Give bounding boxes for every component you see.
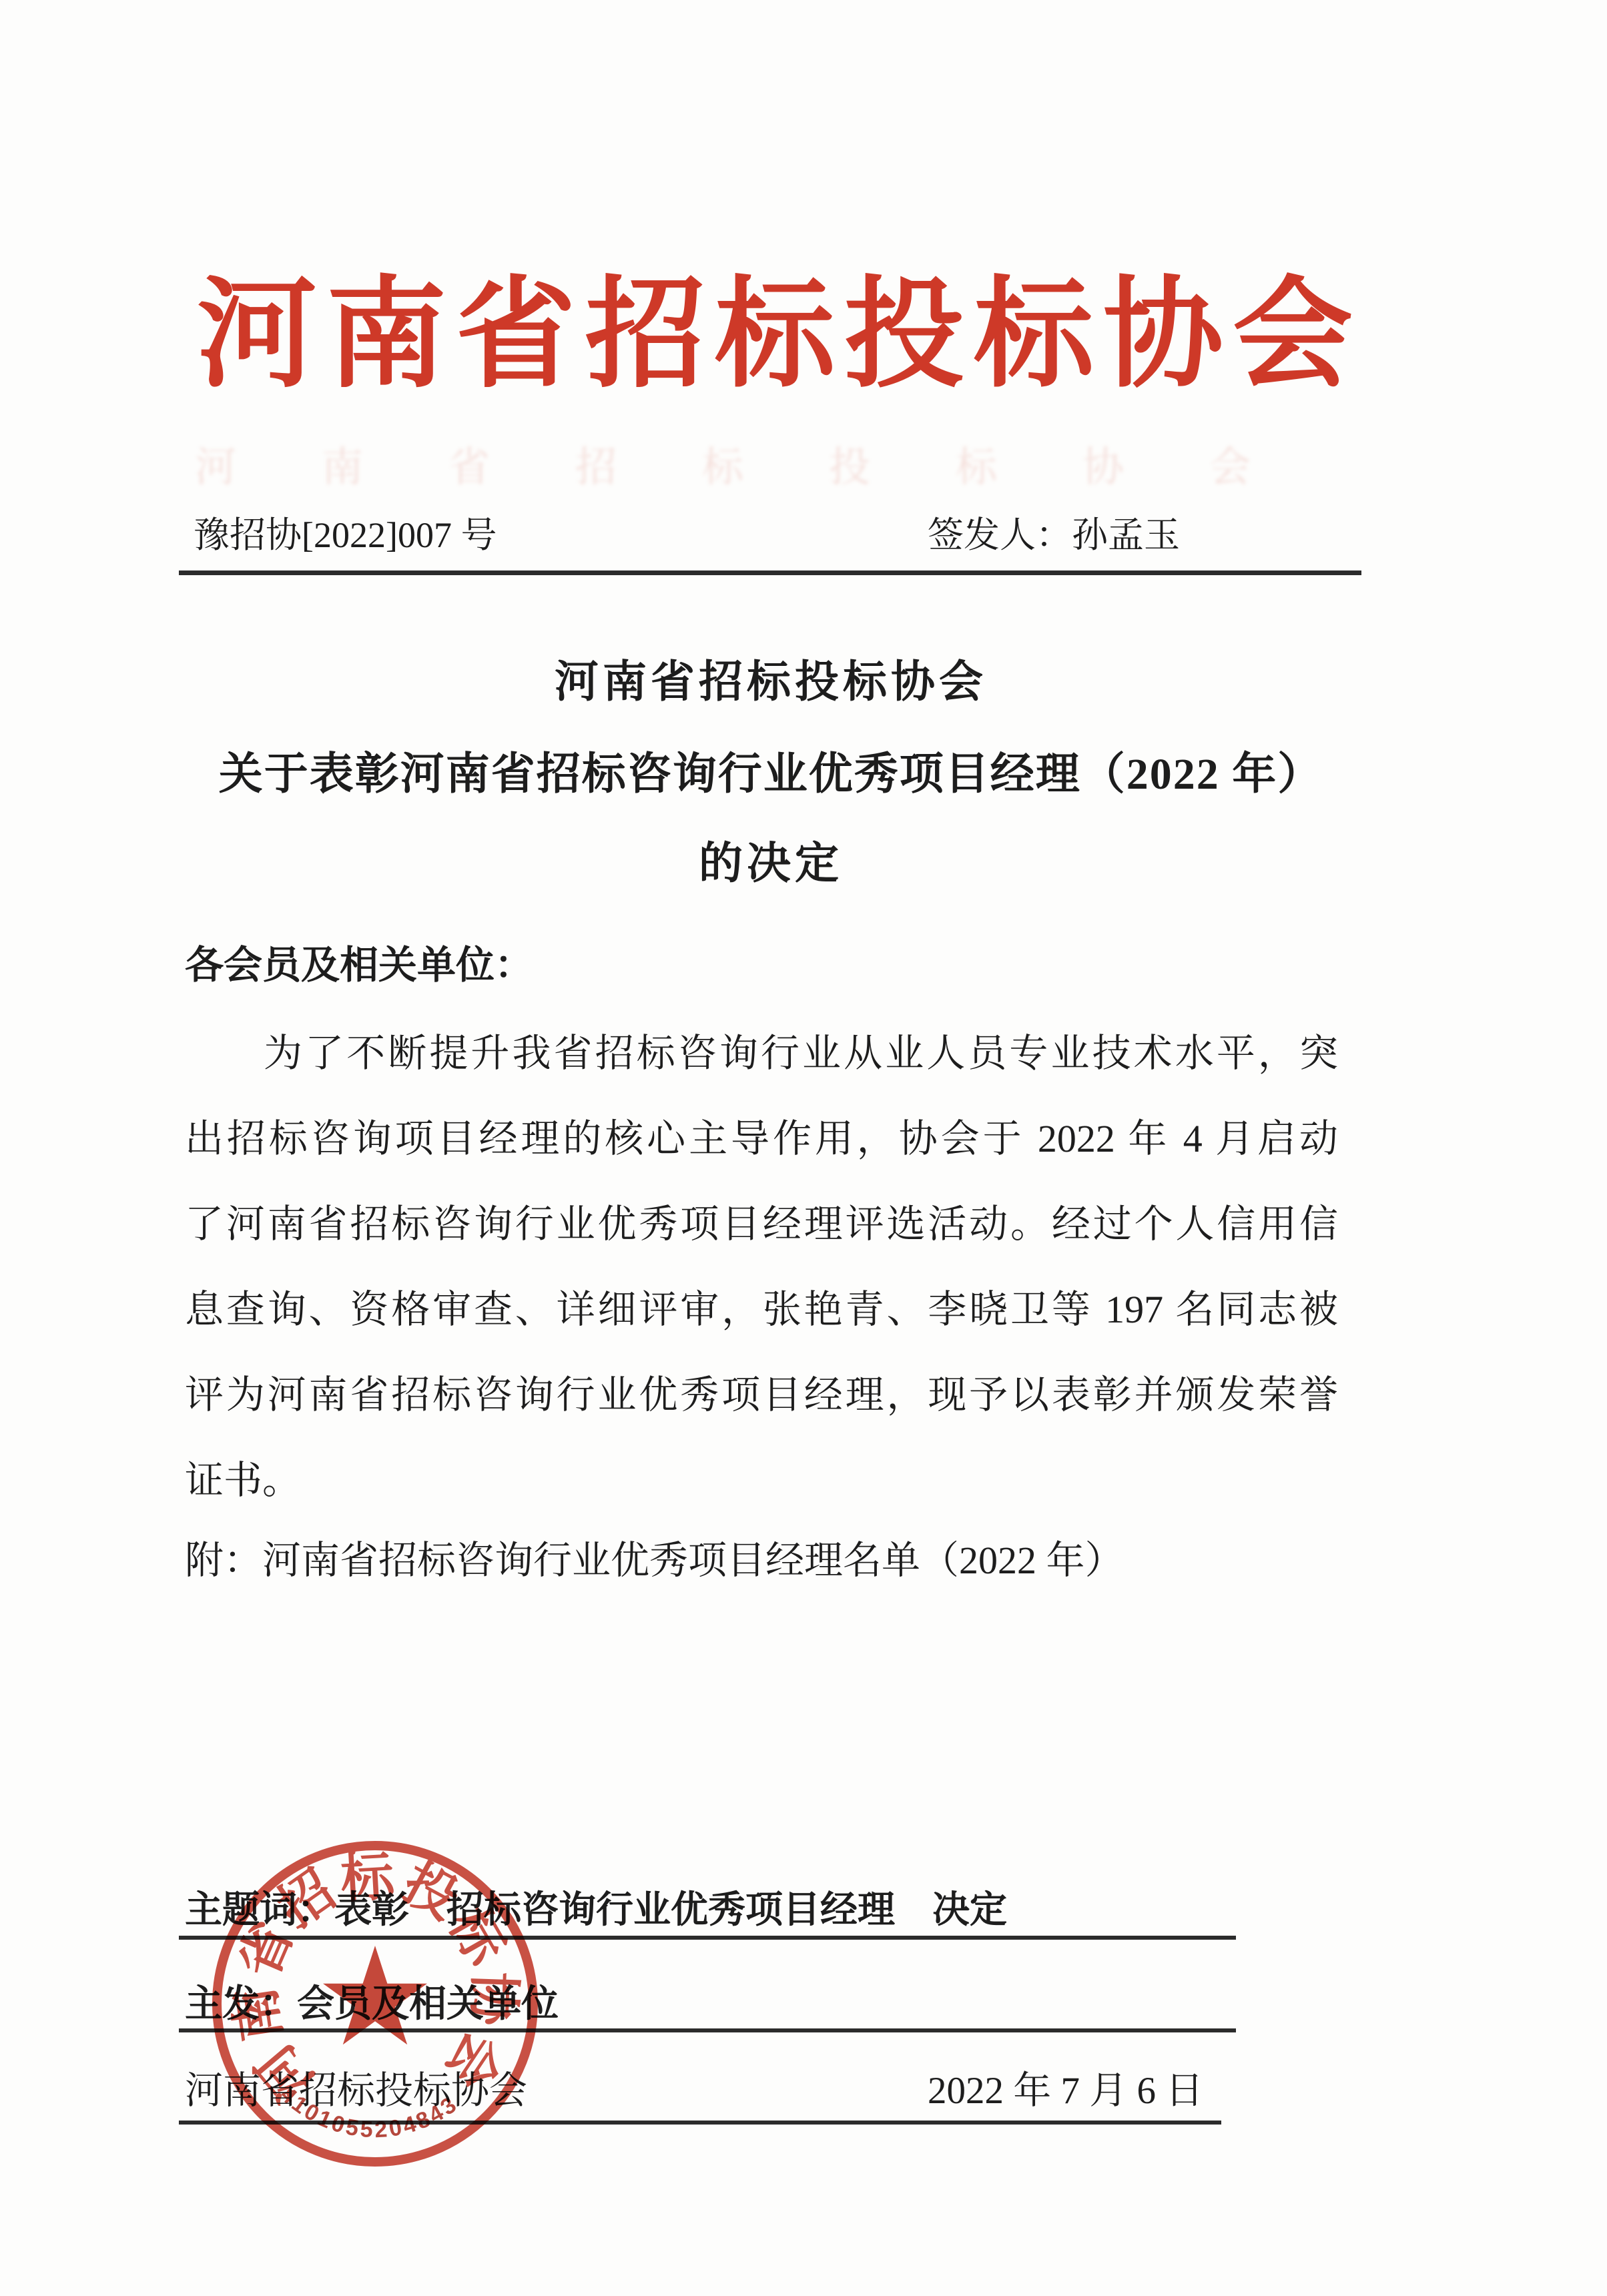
bleedthrough-artifact: 河南省招标投标协会 <box>195 434 1364 491</box>
body-line: 评为河南省招标咨询行业优秀项目经理，现予以表彰并颁发荣誉 <box>185 1372 1338 1419</box>
scanned-official-document: 河南省招标投标协会 河南省招标投标协会 豫招协[2022]007 号 签发人：孙… <box>0 0 1607 2296</box>
issue-date: 2022 年 7 月 6 日 <box>928 2068 1203 2114</box>
issuer-name: 签发人：孙孟玉 <box>928 508 1180 562</box>
official-seal: 河南省招标投标协会 4101055204843 <box>205 1834 545 2174</box>
body-line: 出招标咨询项目经理的核心主导作用，协会于 2022 年 4 月启动 <box>185 1116 1338 1162</box>
header-divider <box>179 570 1361 575</box>
masthead-title: 河南省招标投标协会 <box>174 266 1385 409</box>
body-line: 息查询、资格审查、详细评审，张艳青、李晓卫等 197 名同志被 <box>185 1286 1338 1333</box>
seal-star <box>323 1946 427 2044</box>
attachment-note: 附：河南省招标咨询行业优秀项目经理名单（2022 年） <box>185 1537 1124 1584</box>
salutation: 各会员及相关单位： <box>185 942 533 989</box>
body-line: 了河南省招标咨询行业优秀项目经理评选活动。经过个人信用信 <box>185 1201 1338 1248</box>
body-line: 为了不断提升我省招标咨询行业从业人员专业技术水平，突 <box>185 1030 1338 1077</box>
document-title-line1: 河南省招标投标协会 <box>160 657 1381 709</box>
body-line: 证书。 <box>185 1457 1338 1504</box>
document-title-line2: 关于表彰河南省招标咨询行业优秀项目经理（2022 年） <box>160 749 1381 801</box>
document-number: 豫招协[2022]007 号 <box>194 508 497 562</box>
document-title-line3: 的决定 <box>160 838 1381 890</box>
